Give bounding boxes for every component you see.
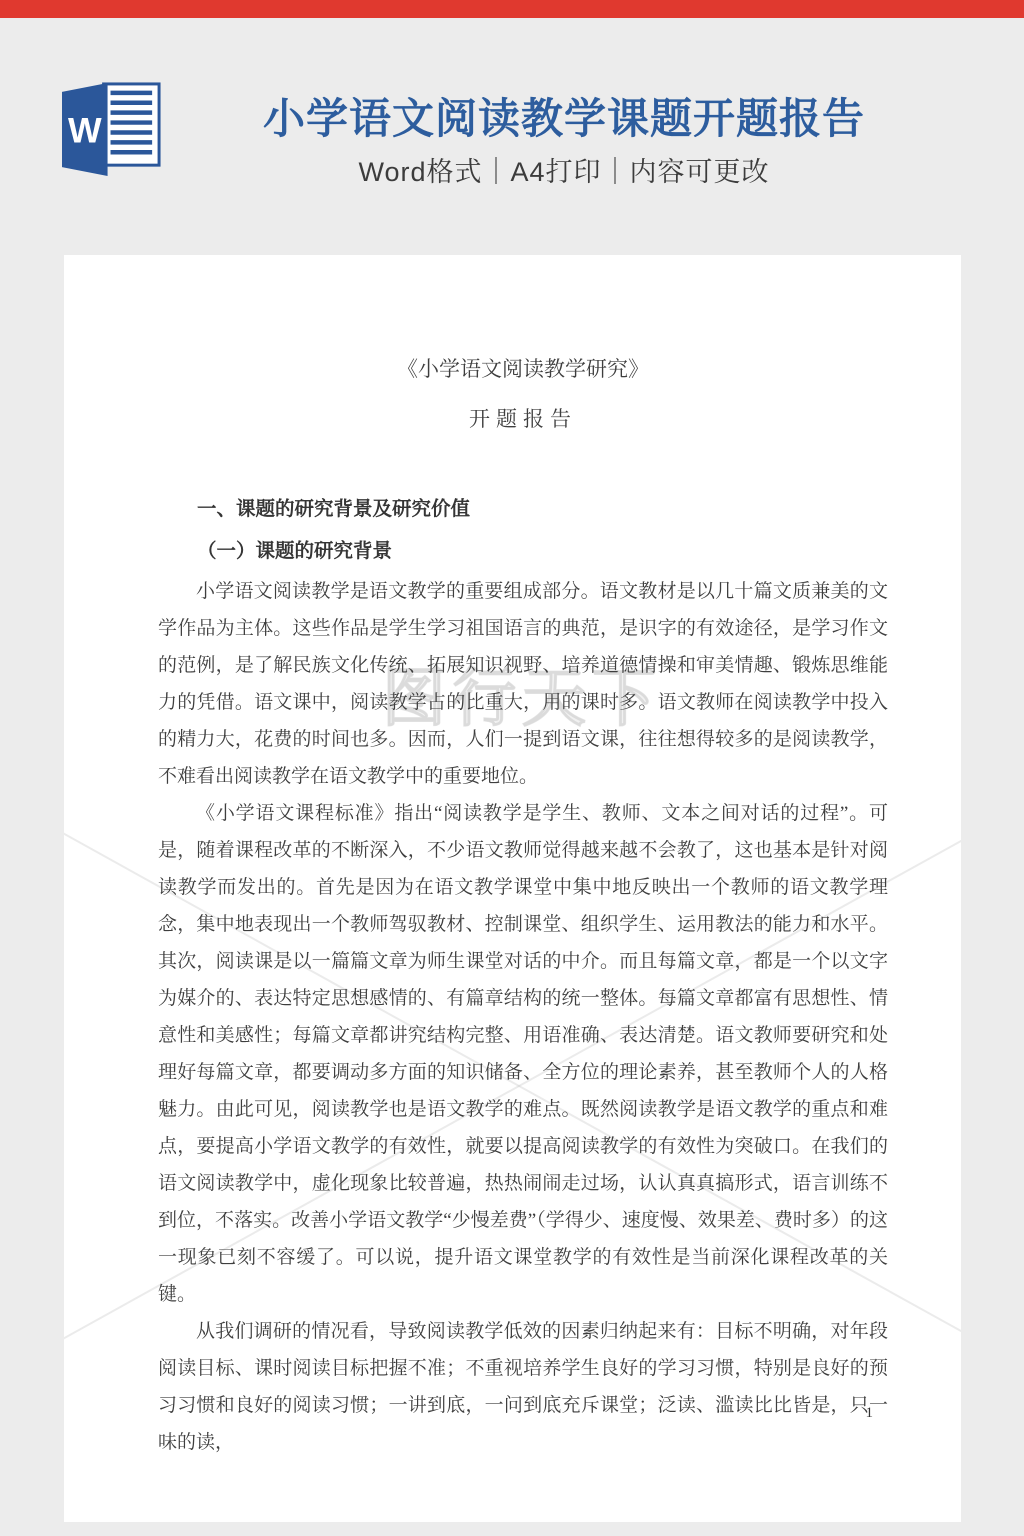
word-logo-icon: W xyxy=(62,78,165,181)
word-logo-svg: W xyxy=(62,78,165,181)
document-subtitle: 开题报告 xyxy=(158,405,888,433)
banner-subtitle: Word格式｜A4打印｜内容可更改 xyxy=(168,156,960,188)
document-page: 图行天下 《小学语文阅读教学研究》 开题报告 一、课题的研究背景及研究价值 （一… xyxy=(64,255,961,1522)
paragraph: 《小学语文课程标准》指出“阅读教学是学生、教师、文本之间对话的过程”。可是，随着… xyxy=(158,795,888,1313)
paragraph: 小学语文阅读教学是语文教学的重要组成部分。语文教材是以几十篇文质兼美的文学作品为… xyxy=(158,573,888,795)
banner-title: 小学语文阅读教学课题开题报告 xyxy=(168,94,960,144)
document-content: 《小学语文阅读教学研究》 开题报告 一、课题的研究背景及研究价值 （一）课题的研… xyxy=(64,255,961,1461)
screenshot-canvas: W 小学语文阅读教学课题开题报告 Word格式｜A4打印｜内容可更改 图行天下 … xyxy=(0,0,1024,1536)
paragraph: 从我们调研的情况看，导致阅读教学低效的因素归纳起来有：目标不明确，对年段阅读目标… xyxy=(158,1313,888,1461)
document-title: 《小学语文阅读教学研究》 xyxy=(158,355,888,383)
section-heading: 一、课题的研究背景及研究价值 xyxy=(158,497,888,523)
word-logo-letter: W xyxy=(68,110,102,150)
body-text: 小学语文阅读教学是语文教学的重要组成部分。语文教材是以几十篇文质兼美的文学作品为… xyxy=(158,573,888,1461)
banner-header: 小学语文阅读教学课题开题报告 Word格式｜A4打印｜内容可更改 xyxy=(168,94,960,188)
subsection-heading: （一）课题的研究背景 xyxy=(158,539,888,565)
page-number: 1 xyxy=(866,1405,874,1422)
top-accent-bar xyxy=(0,0,1024,18)
